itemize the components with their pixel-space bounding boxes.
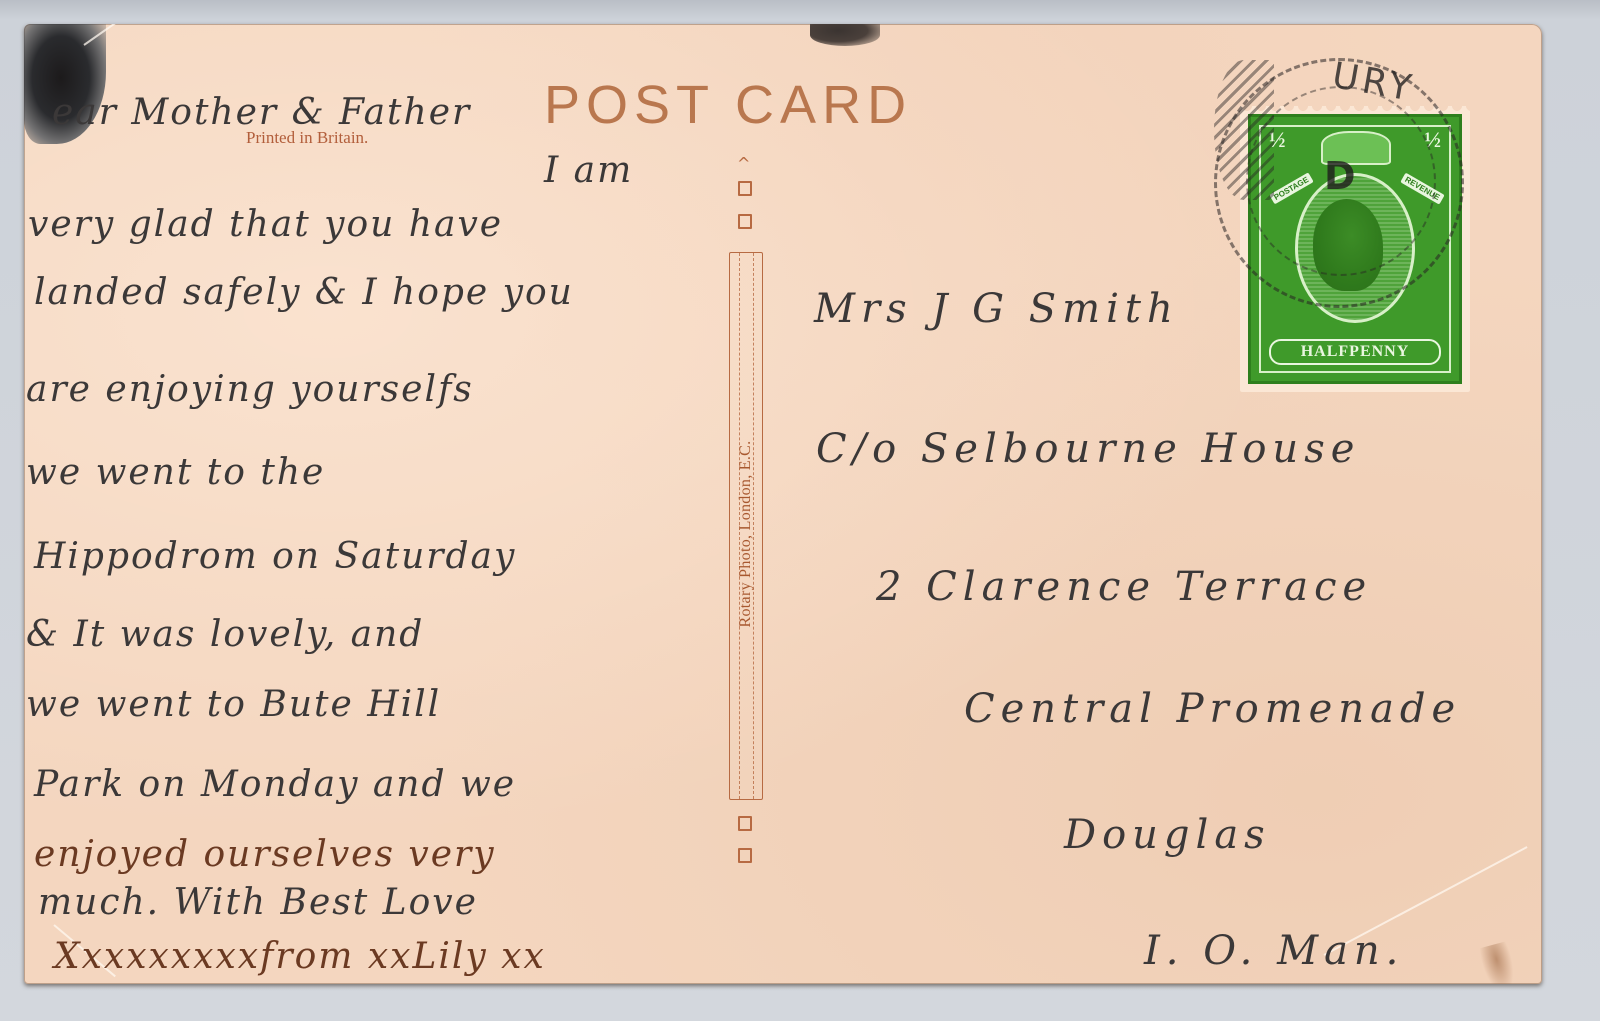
postmark-letter: D bbox=[1324, 154, 1356, 198]
message-line: are enjoying yourselfs bbox=[26, 369, 474, 410]
stain bbox=[1478, 941, 1520, 984]
address-line: Mrs J G Smith bbox=[814, 286, 1179, 332]
square-ornament-icon bbox=[738, 848, 752, 863]
address-line: Douglas bbox=[1064, 812, 1271, 858]
message-line: ear Mother & Father bbox=[52, 92, 471, 133]
chevron-up-icon: ^ bbox=[737, 154, 750, 173]
message-line: Park on Monday and we bbox=[34, 764, 516, 805]
square-ornament-icon bbox=[738, 181, 752, 196]
square-ornament-icon bbox=[738, 816, 752, 831]
message-line: I am bbox=[544, 150, 633, 191]
message-line: we went to Bute Hill bbox=[26, 684, 441, 725]
message-signature: Xxxxxxxxxfrom xxLily xx bbox=[54, 936, 546, 977]
message-line: very glad that you have bbox=[28, 204, 503, 245]
ink-blot bbox=[810, 24, 880, 46]
message-line: enjoyed ourselves very bbox=[34, 834, 496, 875]
address-line: C/o Selbourne House bbox=[816, 426, 1360, 472]
message-line: & It was lovely, and bbox=[26, 614, 424, 655]
address-line: I. O. Man. bbox=[1144, 928, 1404, 974]
message-line: landed safely & I hope you bbox=[34, 272, 574, 313]
address-line: Central Promenade bbox=[964, 686, 1461, 732]
message-line: much. With Best Love bbox=[38, 882, 478, 923]
postcard-header: POST CARD bbox=[544, 74, 912, 136]
square-ornament-icon bbox=[738, 214, 752, 229]
address-line: 2 Clarence Terrace bbox=[876, 564, 1372, 610]
divider-imprint: Rotary Photo, London, E.C. bbox=[737, 441, 755, 628]
message-line: Hippodrom on Saturday bbox=[34, 536, 516, 577]
stamp-denomination: HALFPENNY bbox=[1269, 339, 1441, 365]
postcard-back: POST CARD Printed in Britain. ^ Rotary P… bbox=[24, 24, 1542, 984]
message-line: we went to the bbox=[26, 452, 325, 493]
